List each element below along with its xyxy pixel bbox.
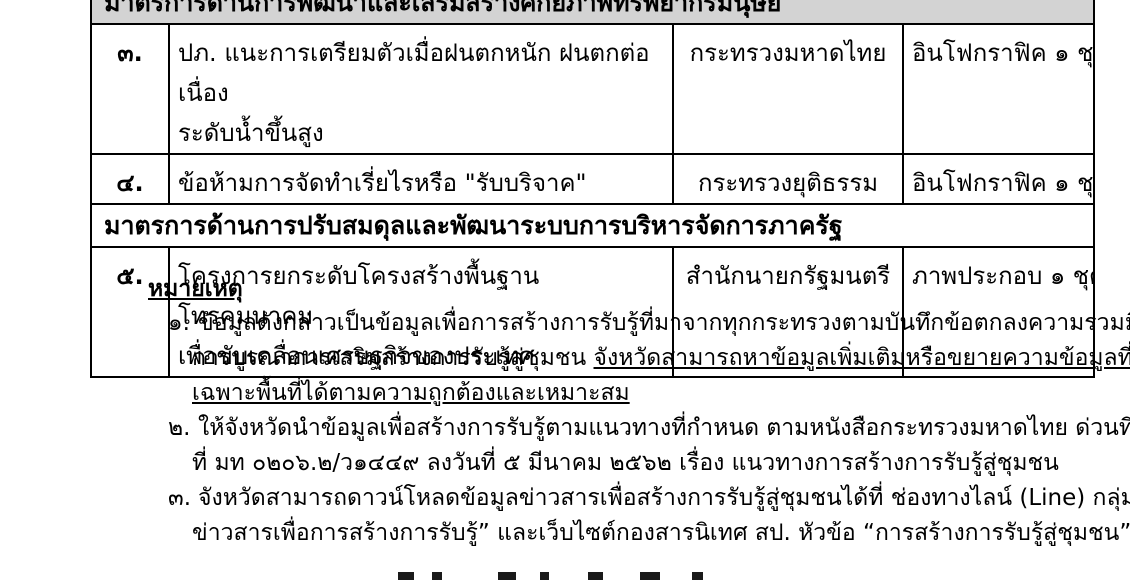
topic-line: ระดับน้ำขึ้นสูง: [178, 113, 664, 153]
row-agency: กระทรวงยุติธรรม: [673, 154, 903, 204]
note-1-line-2: การบูรณาการเสริมสร้างการรับรู้สู่ชุมชน จ…: [192, 341, 1088, 376]
note-1-line-1: ๑.ข้อมูลดังกล่าวเป็นข้อมูลเพื่อการสร้างก…: [168, 306, 1088, 341]
topic-line: ข้อห้ามการจัดทำเรี่ยไรหรือ "รับบริจาค": [178, 163, 664, 203]
table-row: ๓. ปภ. แนะการเตรียมตัวเมื่อฝนตกหนัก ฝนตก…: [91, 24, 1094, 154]
note-1-marker: ๑.: [168, 306, 198, 341]
note-2-line-2: ที่ มท ๐๒๐๖.๒/ว๑๔๔๙ ลงวันที่ ๕ มีนาคม ๒๕…: [192, 446, 1088, 481]
note-3-line-2: ข่าวสารเพื่อการสร้างการรับรู้” และเว็บไซ…: [192, 516, 1088, 551]
cutoff-text-fragment: [498, 572, 516, 580]
cutoff-text-fragments: [0, 572, 1130, 580]
topic-line: ปภ. แนะการเตรียมตัวเมื่อฝนตกหนัก ฝนตกต่อ…: [178, 33, 664, 113]
note-1-underlined-text: เฉพาะพื้นที่ได้ตามความถูกต้องและเหมาะสม: [192, 380, 630, 406]
row-agency: กระทรวงมหาดไทย: [673, 24, 903, 154]
section-header-row-human-capital: มาตรการด้านการพัฒนาและเสริมสร้างศักยภาพท…: [91, 0, 1094, 24]
document-page: มาตรการด้านการพัฒนาและเสริมสร้างศักยภาพท…: [0, 0, 1130, 580]
note-1-text: ข้อมูลดังกล่าวเป็นข้อมูลเพื่อการสร้างการ…: [198, 310, 1130, 336]
row-topic: ปภ. แนะการเตรียมตัวเมื่อฝนตกหนัก ฝนตกต่อ…: [169, 24, 673, 154]
note-1-line-3: เฉพาะพื้นที่ได้ตามความถูกต้องและเหมาะสม: [192, 376, 1088, 411]
cutoff-text-fragment: [398, 572, 414, 580]
section-header-human-capital: มาตรการด้านการพัฒนาและเสริมสร้างศักยภาพท…: [91, 0, 1094, 24]
row-number: ๔.: [91, 154, 169, 204]
notes-heading: หมายเหตุ: [148, 272, 1088, 306]
cutoff-text-fragment: [640, 572, 660, 580]
section-header-public-admin: มาตรการด้านการปรับสมดุลและพัฒนาระบบการบร…: [91, 204, 1094, 247]
note-2-text: ให้จังหวัดนำข้อมูลเพื่อสร้างการรับรู้ตาม…: [198, 415, 1130, 441]
note-2-line-1: ๒.ให้จังหวัดนำข้อมูลเพื่อสร้างการรับรู้ต…: [168, 411, 1088, 446]
note-3-line-1: ๓.จังหวัดสามารถดาวน์โหลดข้อมูลข่าวสารเพื…: [168, 481, 1088, 516]
row-media: อินโฟกราฟิค ๑ ชุด: [903, 24, 1094, 154]
row-media: อินโฟกราฟิค ๑ ชุด: [903, 154, 1094, 204]
notes-section: หมายเหตุ ๑.ข้อมูลดังกล่าวเป็นข้อมูลเพื่อ…: [148, 272, 1088, 551]
note-2-text: ที่ มท ๐๒๐๖.๒/ว๑๔๔๙ ลงวันที่ ๕ มีนาคม ๒๕…: [192, 450, 1059, 476]
note-3-text: ข่าวสารเพื่อการสร้างการรับรู้” และเว็บไซ…: [192, 520, 1130, 546]
cutoff-text-fragment: [540, 572, 549, 580]
note-1-text: การบูรณาการเสริมสร้างการรับรู้สู่ชุมชน: [192, 345, 594, 371]
note-1-underlined-text: จังหวัดสามารถหาข้อมูลเพิ่มเติมหรือขยายคว…: [594, 345, 1130, 371]
cutoff-text-fragment: [692, 572, 703, 580]
section-header-row-public-admin: มาตรการด้านการปรับสมดุลและพัฒนาระบบการบร…: [91, 204, 1094, 247]
row-topic: ข้อห้ามการจัดทำเรี่ยไรหรือ "รับบริจาค": [169, 154, 673, 204]
cutoff-text-fragment: [432, 572, 442, 580]
note-3-text: จังหวัดสามารถดาวน์โหลดข้อมูลข่าวสารเพื่อ…: [198, 485, 1130, 511]
table-row: ๔. ข้อห้ามการจัดทำเรี่ยไรหรือ "รับบริจาค…: [91, 154, 1094, 204]
note-2-marker: ๒.: [168, 411, 198, 446]
cutoff-text-fragment: [588, 572, 603, 580]
row-number: ๓.: [91, 24, 169, 154]
note-3-marker: ๓.: [168, 481, 198, 516]
